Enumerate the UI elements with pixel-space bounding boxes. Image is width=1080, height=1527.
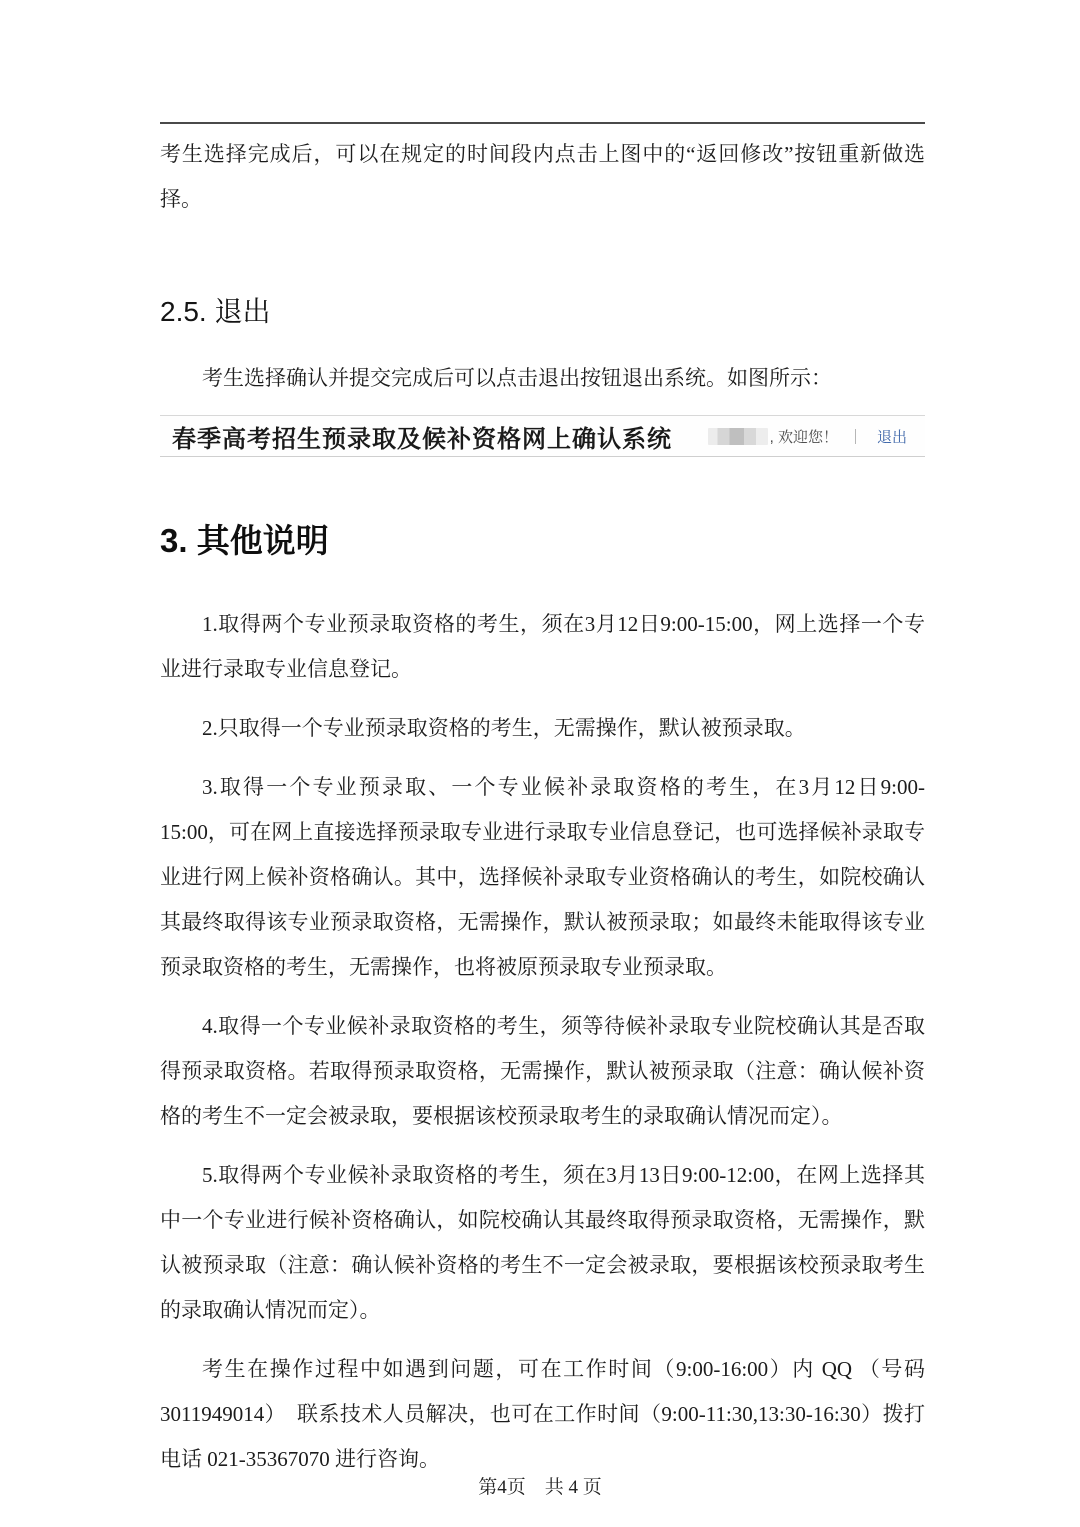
- divider-bar: ｜: [848, 426, 863, 447]
- welcome-text: , 欢迎您！: [770, 426, 838, 447]
- other-paragraph-1: 1.取得两个专业预录取资格的考生，须在3月12日9:00-15:00，网上选择一…: [160, 602, 925, 692]
- top-divider: [160, 122, 925, 124]
- pixelated-username-block: [708, 428, 768, 445]
- document-page: 考生选择完成后，可以在规定的时间段内点击上图中的“返回修改”按钮重新做选择。 2…: [0, 0, 1080, 1527]
- banner-title: 春季高考招生预录取及候补资格网上确认系统: [172, 419, 672, 454]
- page-number: 第4页 共 4 页: [0, 1472, 1080, 1499]
- banner-user-area: , 欢迎您！ ｜ 退出: [708, 426, 921, 447]
- logout-link: 退出: [877, 426, 907, 447]
- section-heading-exit: 2.5. 退出: [160, 290, 925, 330]
- contact-paragraph: 考生在操作过程中如遇到问题，可在工作时间（9:00-16:00）内 QQ （号码…: [160, 1347, 925, 1482]
- page-content: 考生选择完成后，可以在规定的时间段内点击上图中的“返回修改”按钮重新做选择。 2…: [160, 0, 925, 1496]
- system-banner-screenshot: 春季高考招生预录取及候补资格网上确认系统 , 欢迎您！ ｜ 退出: [160, 415, 925, 457]
- other-paragraph-5: 5.取得两个专业候补录取资格的考生，须在3月13日9:00-12:00，在网上选…: [160, 1153, 925, 1333]
- other-paragraph-4: 4.取得一个专业候补录取资格的考生，须等待候补录取专业院校确认其是否取得预录取资…: [160, 1004, 925, 1139]
- intro-paragraph: 考生选择完成后，可以在规定的时间段内点击上图中的“返回修改”按钮重新做选择。: [160, 132, 925, 222]
- other-paragraph-2: 2.只取得一个专业预录取资格的考生，无需操作，默认被预录取。: [160, 706, 925, 751]
- exit-paragraph: 考生选择确认并提交完成后可以点击退出按钮退出系统。如图所示：: [160, 356, 925, 401]
- section-heading-other: 3. 其他说明: [160, 515, 925, 562]
- other-paragraph-3: 3.取得一个专业预录取、一个专业候补录取资格的考生，在3月12日9:00-15:…: [160, 765, 925, 990]
